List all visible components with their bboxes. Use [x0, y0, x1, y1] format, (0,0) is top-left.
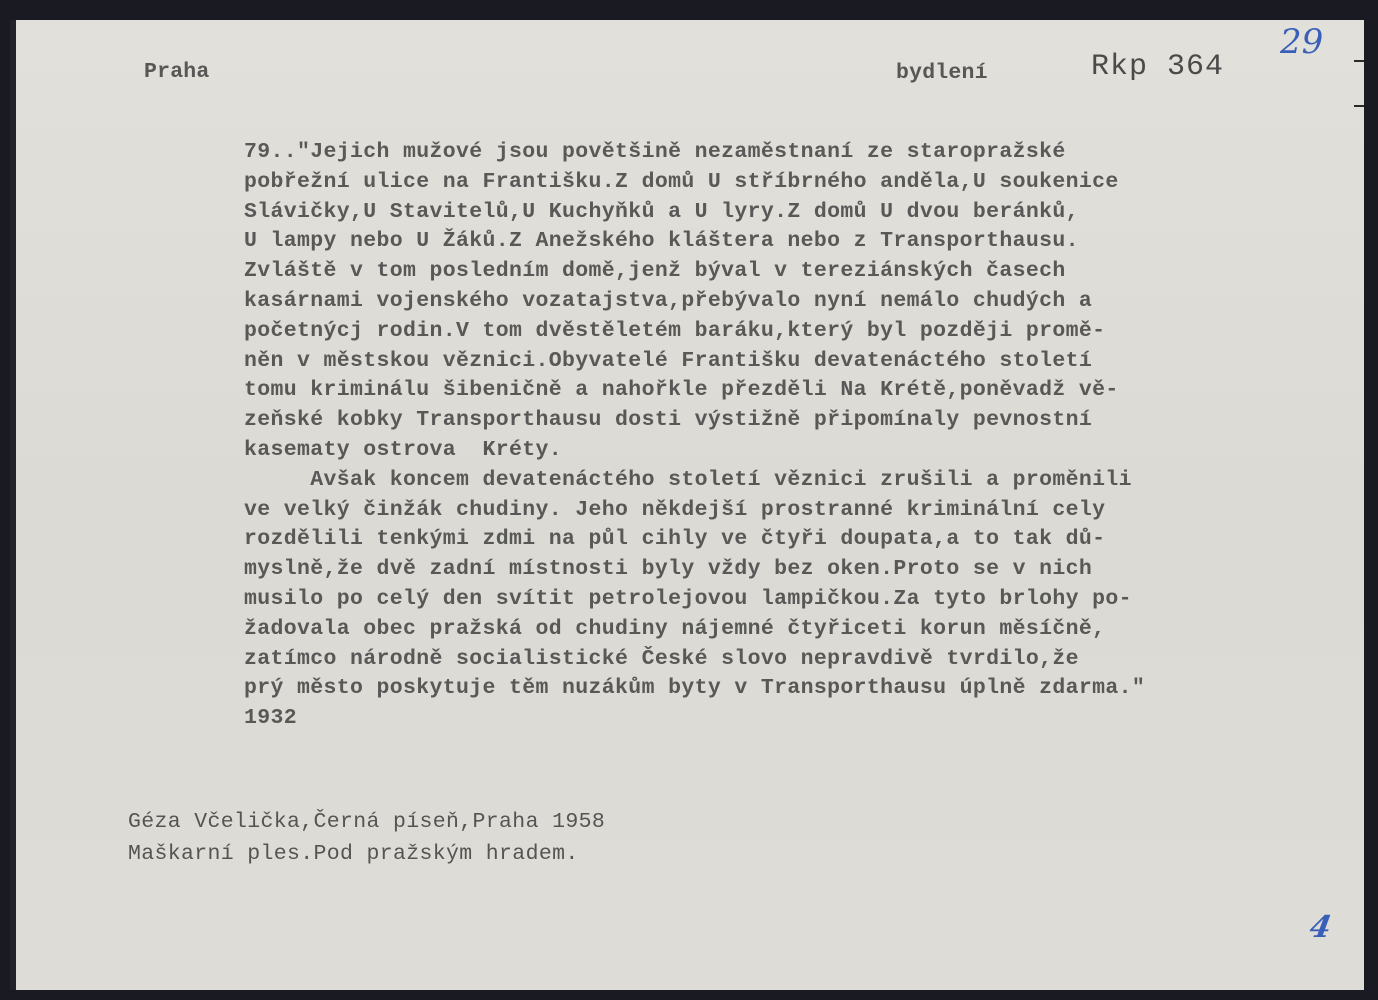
body-line: Slávičky,U Stavitelů,U Kuchyňků a U lyry…: [244, 198, 1145, 228]
body-line: početnýcj rodin.V tom dvěstěletém baráku…: [244, 317, 1145, 347]
body-line: rozdělili tenkými zdmi na půl cihly ve č…: [244, 525, 1145, 555]
index-card: Praha bydlení Rkp 364 79.."Jejich mužové…: [10, 20, 1364, 990]
source-line: Géza Včelička,Černá píseň,Praha 1958: [128, 806, 605, 838]
body-line: kasematy ostrova Kréty.: [244, 436, 1145, 466]
handwritten-page-number: 29: [1280, 22, 1323, 62]
body-line: musilo po celý den svítit petrolejovou l…: [244, 585, 1145, 615]
body-line: Avšak koncem devatenáctého století vězni…: [244, 466, 1145, 496]
chapter-line: Maškarní ples.Pod pražským hradem.: [128, 838, 605, 870]
archive-code: Rkp 364: [1091, 50, 1224, 84]
body-line: U lampy nebo U Žáků.Z Anežského kláštera…: [244, 227, 1145, 257]
edge-tick-mark: [1354, 105, 1364, 107]
source-citation: Géza Včelička,Černá píseň,Praha 1958 Maš…: [128, 806, 605, 870]
body-line: kasárnami vojenského vozatajstva,přebýva…: [244, 287, 1145, 317]
body-line: žadovala obec pražská od chudiny nájemné…: [244, 615, 1145, 645]
body-year: 1932: [244, 704, 1145, 734]
body-line: Zvláště v tom posledním domě,jenž býval …: [244, 257, 1145, 287]
quote-body: 79.."Jejich mužové jsou povětšině nezamě…: [244, 138, 1145, 734]
body-line: zatímco národně socialistické České slov…: [244, 645, 1145, 675]
body-line: myslně,že dvě zadní místnosti byly vždy …: [244, 555, 1145, 585]
body-line: zeňské kobky Transporthausu dosti výstiž…: [244, 406, 1145, 436]
body-line: 79.."Jejich mužové jsou povětšině nezamě…: [244, 138, 1145, 168]
edge-tick-mark: [1354, 60, 1364, 62]
body-line: prý město poskytuje těm nuzákům byty v T…: [244, 674, 1145, 704]
body-line: tomu kriminálu šibeničně a nahořkle přez…: [244, 376, 1145, 406]
body-line: něn v městskou věznici.Obyvatelé Františ…: [244, 347, 1145, 377]
header-topic: bydlení: [896, 61, 988, 85]
body-line: ve velký činžák chudiny. Jeho někdejší p…: [244, 496, 1145, 526]
header-place: Praha: [144, 60, 210, 84]
body-line: pobřežní ulice na Františku.Z domů U stř…: [244, 168, 1145, 198]
